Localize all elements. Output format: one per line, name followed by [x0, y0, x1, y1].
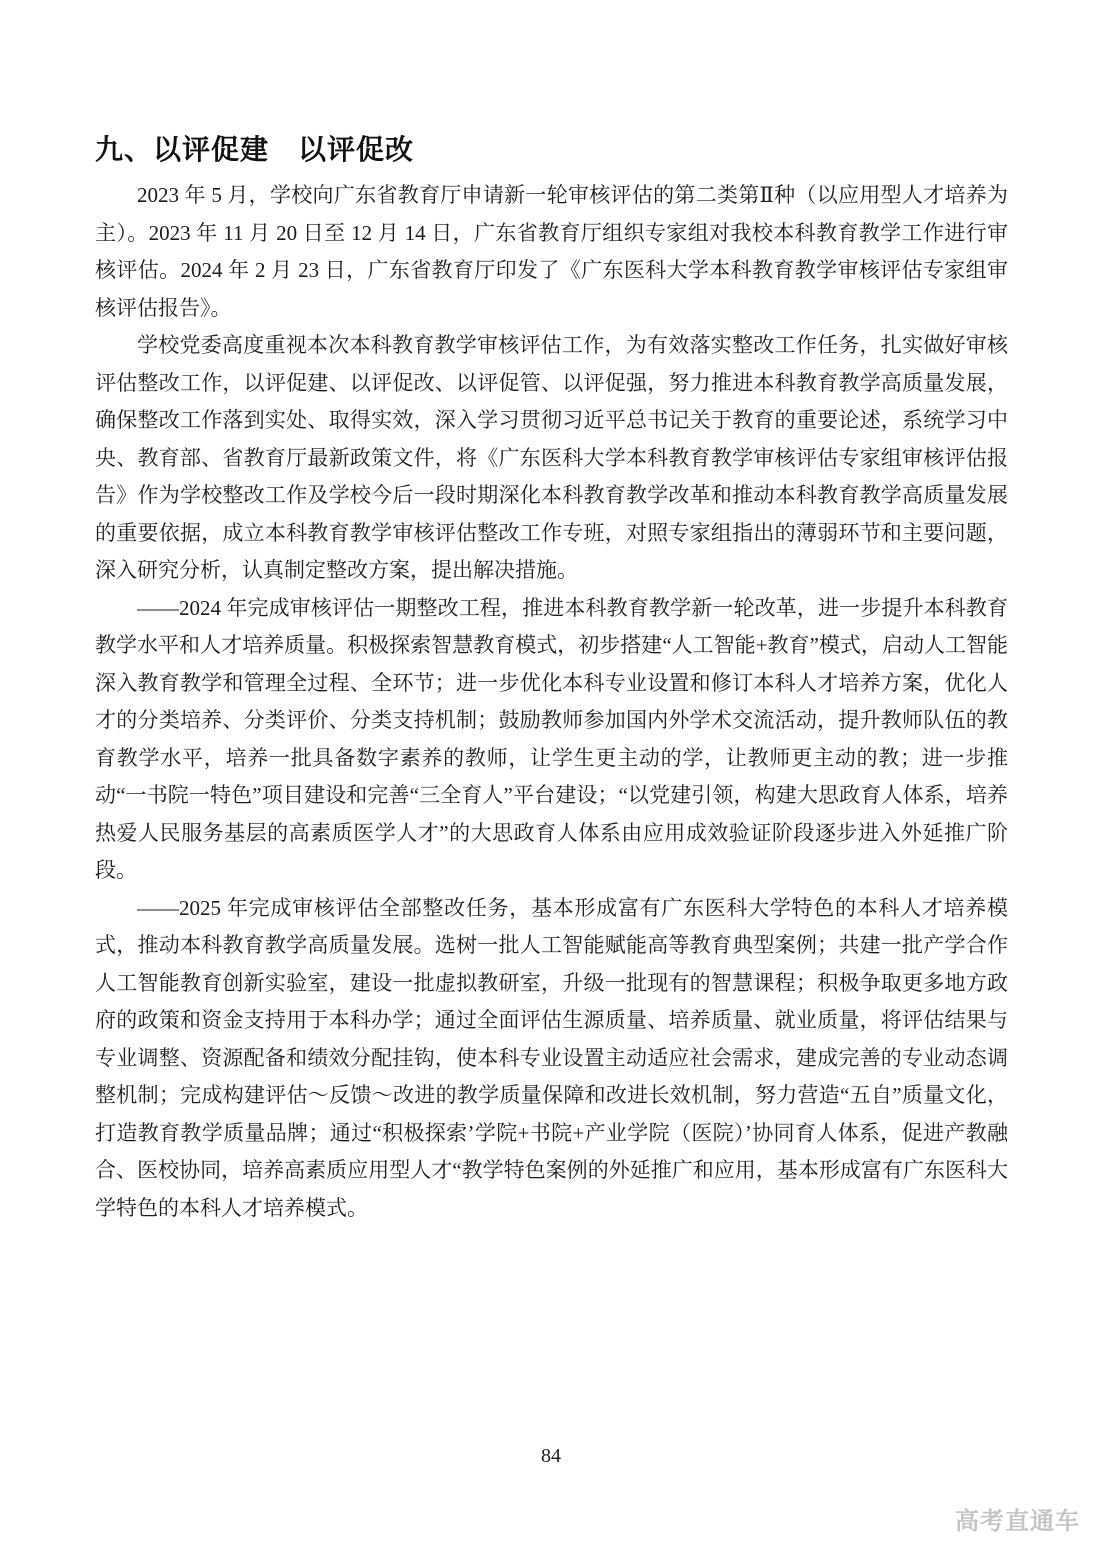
paragraph-3: ——2024 年完成审核评估一期整改工程，推进本科教育教学新一轮改革，进一步提升…: [95, 590, 1008, 890]
document-page: 九、以评促建 以评促改 2023 年 5 月，学校向广东省教育厅申请新一轮审核评…: [0, 0, 1102, 1559]
page-number: 84: [0, 1445, 1102, 1468]
watermark: 高考直通车: [955, 1501, 1080, 1536]
section-heading: 九、以评促建 以评促改: [95, 133, 1008, 167]
document-content: 九、以评促建 以评促改 2023 年 5 月，学校向广东省教育厅申请新一轮审核评…: [95, 133, 1008, 1227]
paragraph-1: 2023 年 5 月，学校向广东省教育厅申请新一轮审核评估的第二类第Ⅱ种（以应用…: [95, 177, 1008, 327]
paragraph-4: ——2025 年完成审核评估全部整改任务，基本形成富有广东医科大学特色的本科人才…: [95, 890, 1008, 1228]
paragraph-2: 学校党委高度重视本次本科教育教学审核评估工作，为有效落实整改工作任务，扎实做好审…: [95, 327, 1008, 590]
